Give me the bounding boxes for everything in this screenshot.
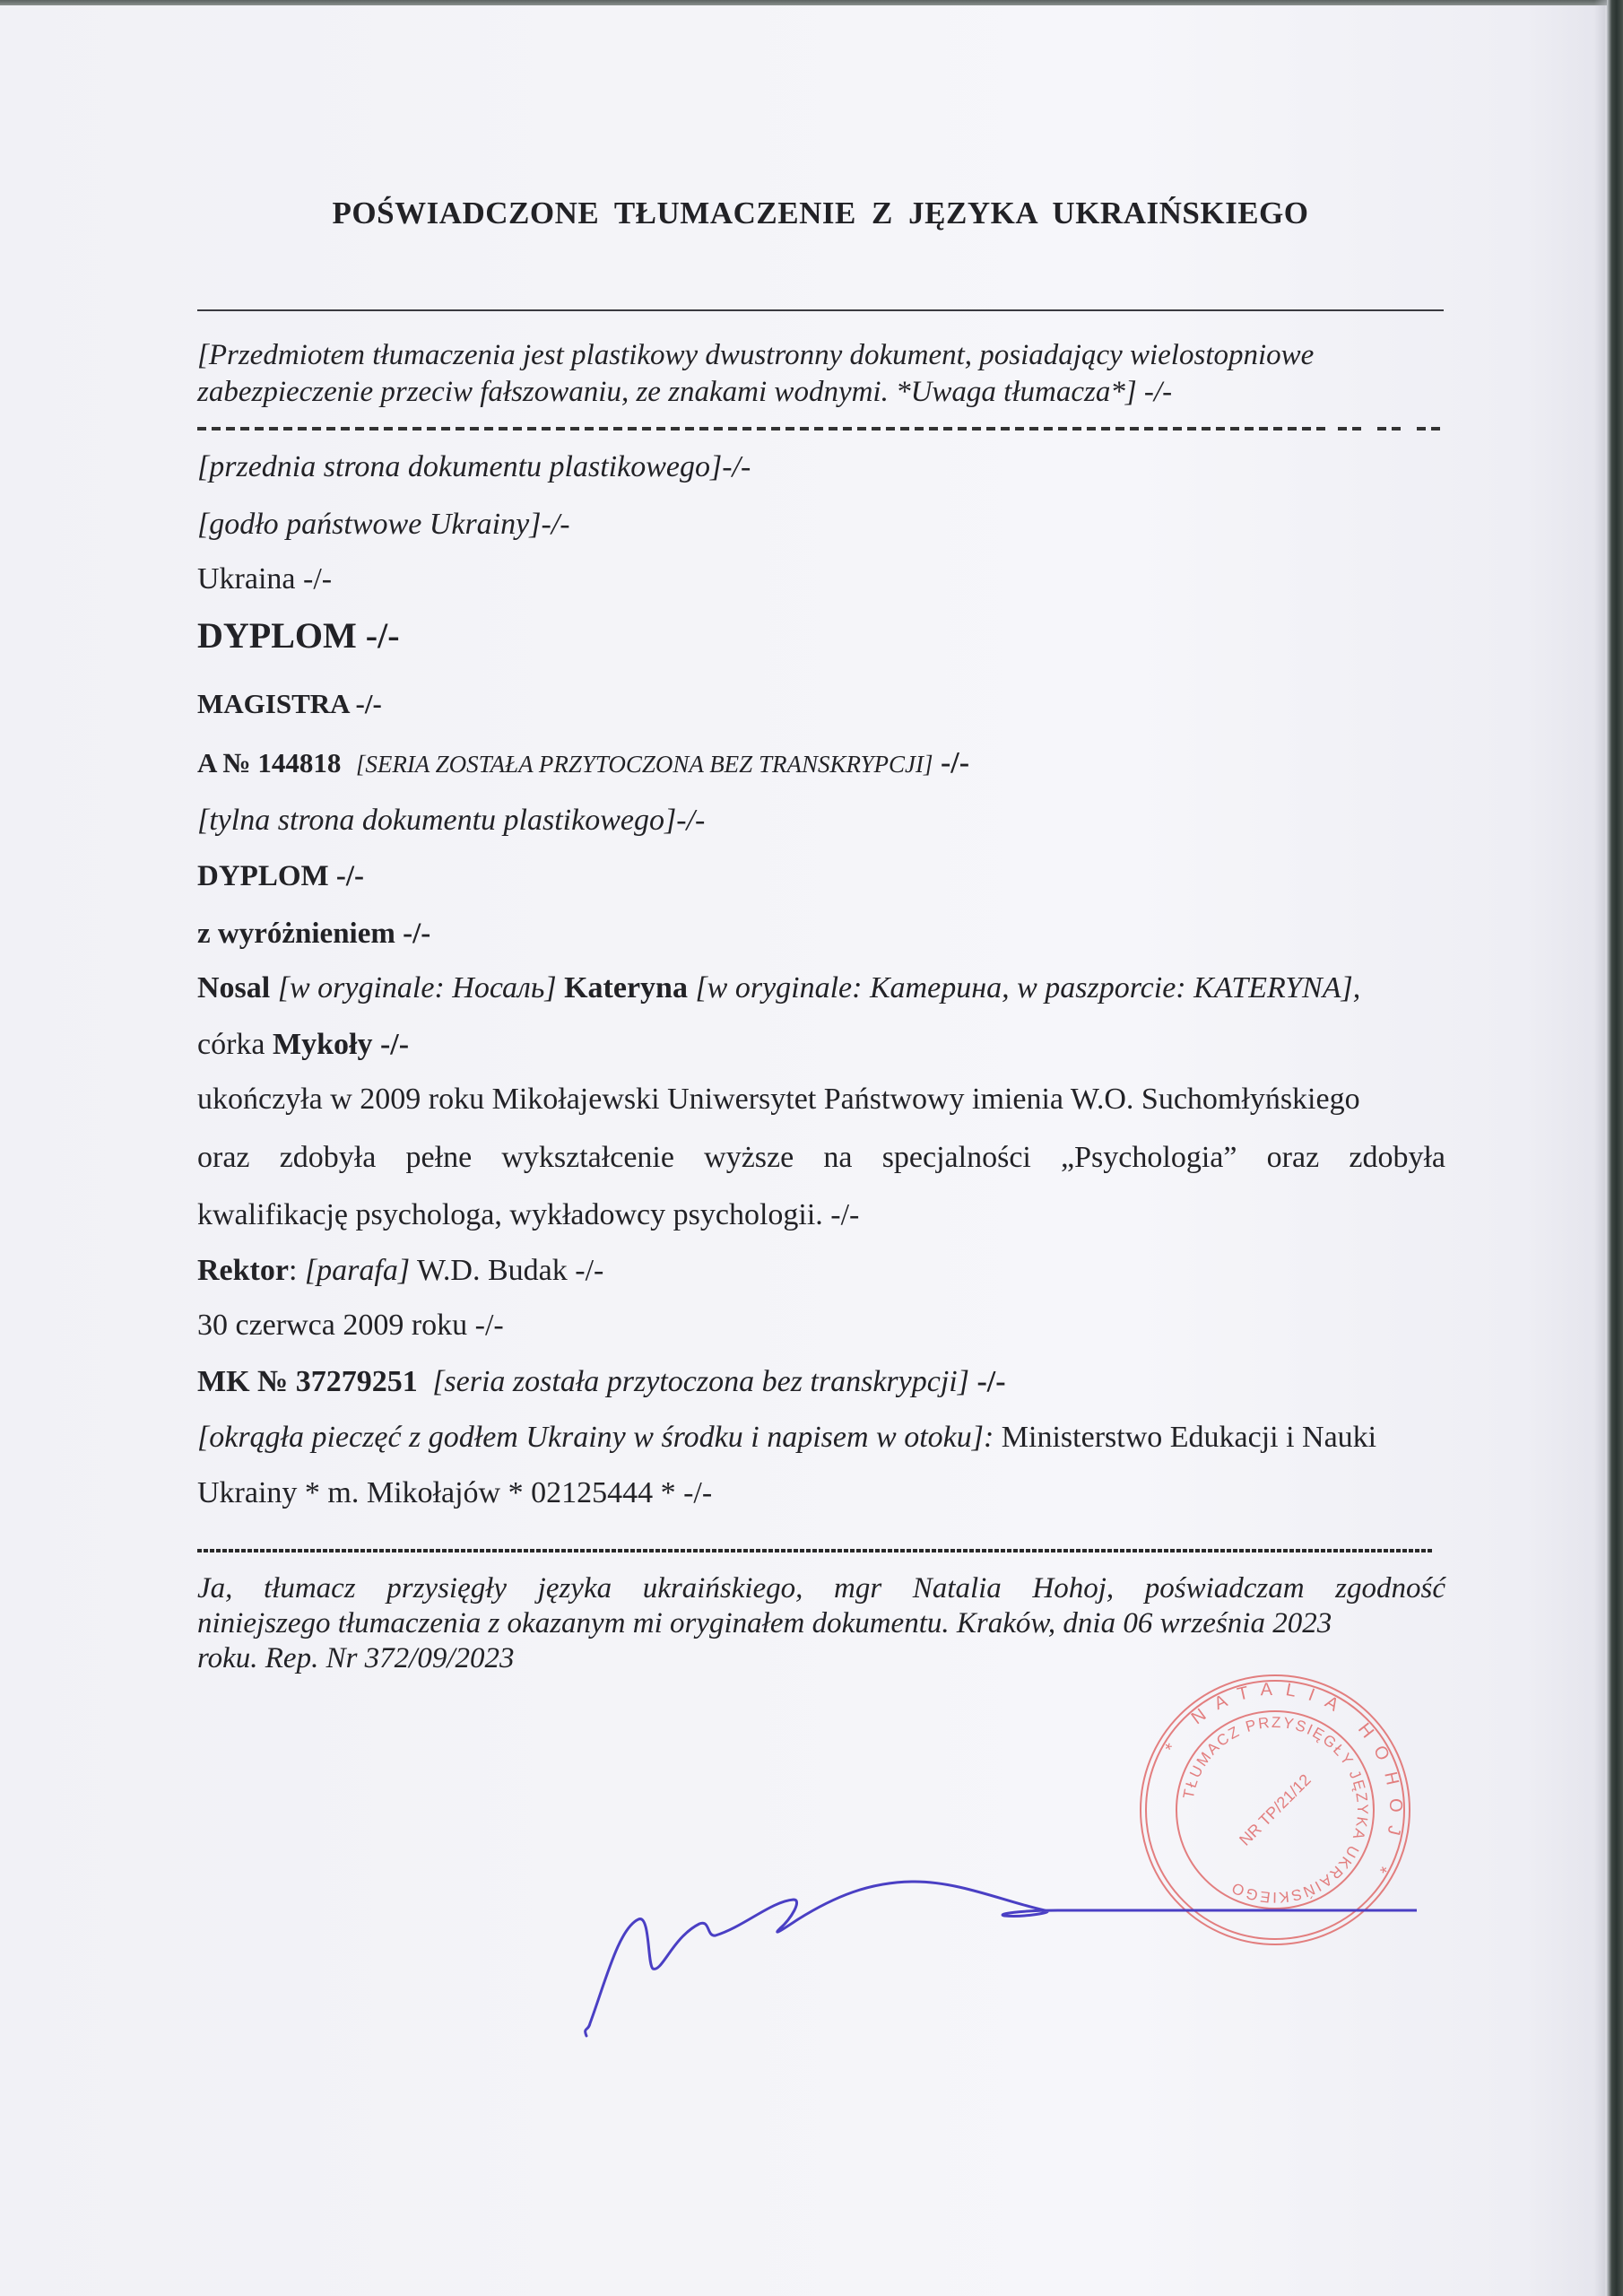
rector-name: W.D. Budak -/- bbox=[417, 1254, 603, 1287]
body-line-3: kwalifikację psychologa, wykładowcy psyc… bbox=[197, 1198, 1445, 1232]
holder-line: Nosal [w oryginale: Носаль] Kateryna [w … bbox=[197, 971, 1445, 1005]
translator-signature bbox=[556, 1830, 1417, 2063]
holder-surname: Nosal bbox=[197, 971, 270, 1004]
emblem-note: [godło państwowe Ukrainy]-/- bbox=[197, 508, 1445, 542]
holder-given-name: Kateryna bbox=[564, 971, 688, 1004]
country: Ukraina -/- bbox=[197, 562, 1445, 596]
dashed-separator bbox=[197, 427, 1327, 430]
rector-initials-note: [parafa] bbox=[305, 1254, 410, 1287]
rector-line: Rektor: [parafa] W.D. Budak -/- bbox=[197, 1254, 1445, 1288]
distinction: z wyróżnieniem -/- bbox=[197, 917, 1445, 951]
degree: MAGISTRA -/- bbox=[197, 687, 1445, 721]
series-note: [SERIA ZOSTAŁA PRZYTOCZONA BEZ TRANSKRYP… bbox=[356, 751, 933, 778]
dashed-separator-tail-2 bbox=[1377, 427, 1406, 430]
scan-right-edge bbox=[1607, 0, 1623, 2296]
intro-note-line-2: zabezpieczenie przeciw fałszowaniu, ze z… bbox=[197, 375, 1445, 409]
certification-line-2: niniejszego tłumaczenia z okazanym mi or… bbox=[197, 1606, 1445, 1640]
back-side-note: [tylna strona dokumentu plastikowego]-/- bbox=[197, 804, 1445, 838]
intro-note-line-1: [Przedmiotem tłumaczenia jest plastikowy… bbox=[197, 338, 1445, 372]
diploma-heading: DYPLOM -/- bbox=[197, 619, 1445, 653]
certification-line-1: Ja, tłumacz przysięgły języka ukraińskie… bbox=[197, 1571, 1445, 1605]
rector-colon: : bbox=[289, 1254, 297, 1287]
holder-surname-note: [w oryginale: Носаль] bbox=[278, 971, 557, 1004]
holder-given-name-note: [w oryginale: Катерина, w paszporcie: KA… bbox=[695, 971, 1360, 1004]
registration-number: MK № 37279251 bbox=[197, 1365, 418, 1398]
parentage-line: córka Mykoły -/- bbox=[197, 1028, 1445, 1062]
seal-line-1: [okrągła pieczęć z godłem Ukrainy w środ… bbox=[197, 1421, 1445, 1455]
date-issued: 30 czerwca 2009 roku -/- bbox=[197, 1309, 1445, 1343]
registration-note: [seria została przytoczona bez transkryp… bbox=[432, 1365, 969, 1398]
diploma-heading-back: DYPLOM -/- bbox=[197, 859, 1445, 893]
front-side-note: [przednia strona dokumentu plastikowego]… bbox=[197, 450, 1445, 484]
daughter-prefix: córka bbox=[197, 1028, 265, 1061]
rector-label: Rektor bbox=[197, 1254, 289, 1287]
series-number: A № 144818 bbox=[197, 747, 341, 778]
series-end: -/- bbox=[941, 746, 969, 779]
body-line-1: ukończyła w 2009 roku Mikołajewski Uniwe… bbox=[197, 1083, 1445, 1117]
registration-end: -/- bbox=[976, 1365, 1005, 1398]
dashed-separator-tail-1 bbox=[1338, 427, 1367, 430]
document-title: POŚWIADCZONE TŁUMACZENIE Z JĘZYKA UKRAIŃ… bbox=[0, 196, 1623, 231]
dashed-separator-bottom bbox=[197, 1549, 1433, 1552]
seal-note: [okrągła pieczęć z godłem Ukrainy w środ… bbox=[197, 1421, 994, 1454]
seal-text-1: Ministerstwo Edukacji i Nauki bbox=[1002, 1421, 1376, 1454]
father-name: Mykoły -/- bbox=[273, 1028, 409, 1061]
series-line: A № 144818 [SERIA ZOSTAŁA PRZYTOCZONA BE… bbox=[197, 746, 1445, 781]
dashed-separator-tail-3 bbox=[1417, 427, 1445, 430]
registration-line: MK № 37279251 [seria została przytoczona… bbox=[197, 1365, 1445, 1399]
title-rule bbox=[197, 309, 1444, 311]
seal-line-2: Ukrainy * m. Mikołajów * 02125444 * -/- bbox=[197, 1476, 1445, 1510]
body-line-2: oraz zdobyła pełne wykształcenie wyższe … bbox=[197, 1141, 1445, 1175]
scan-top-edge bbox=[0, 0, 1623, 5]
